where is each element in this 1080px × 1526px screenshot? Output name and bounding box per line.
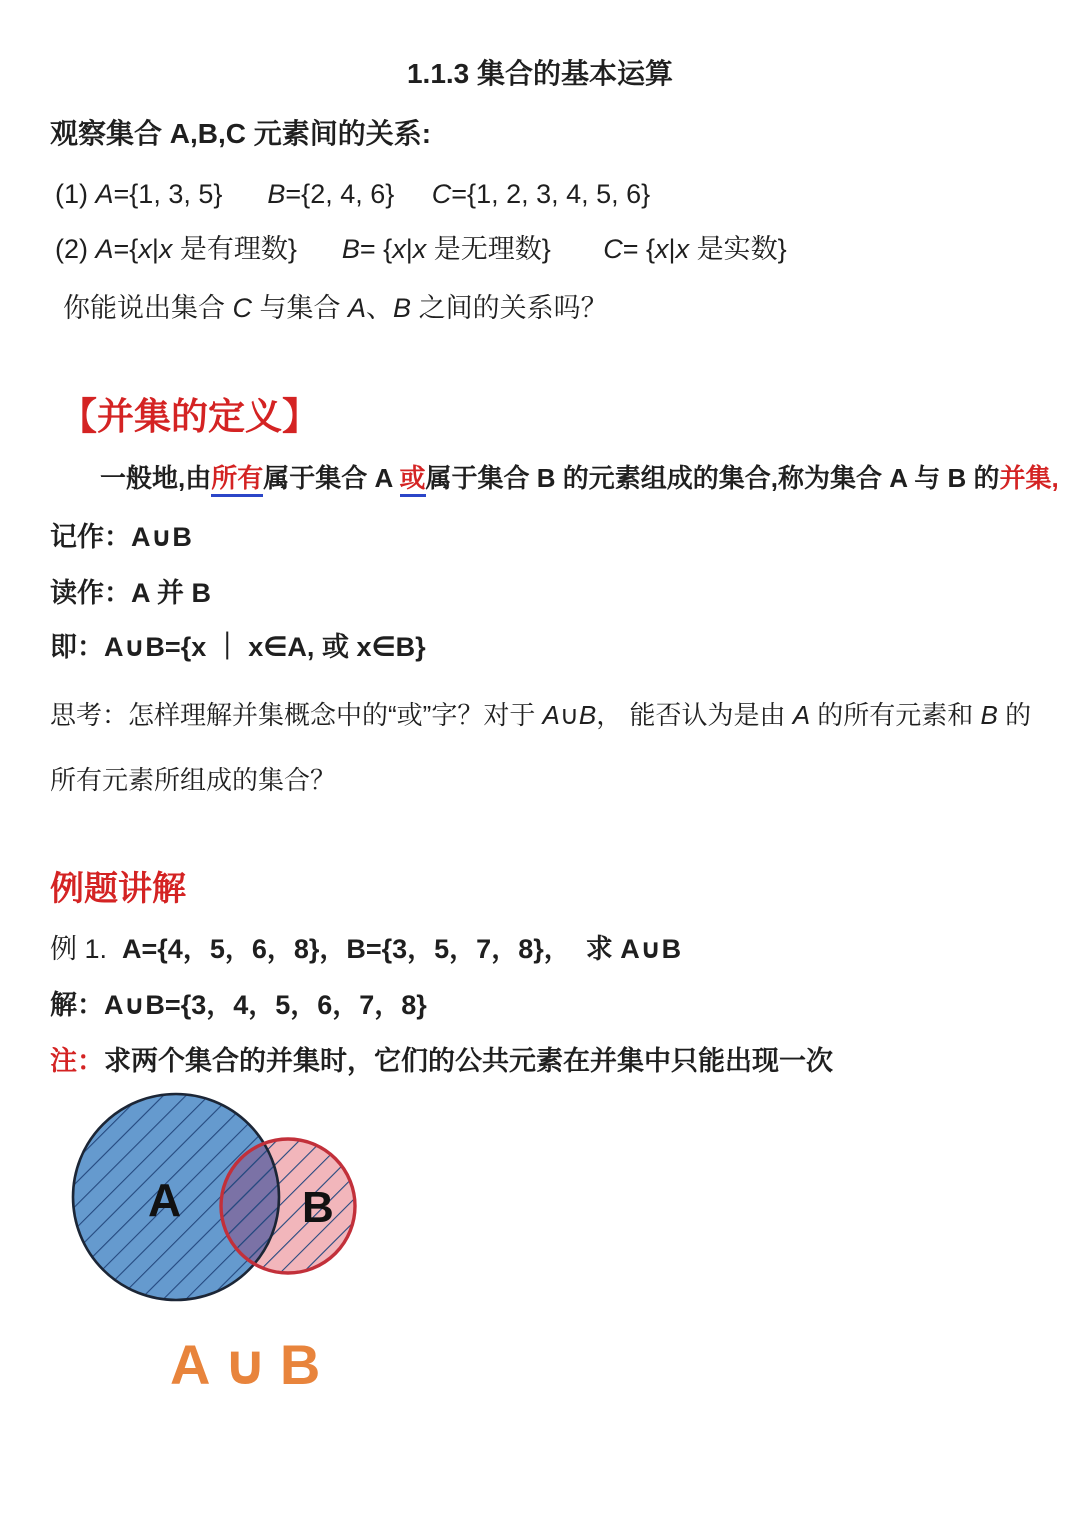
examples-heading: 例题讲解	[50, 868, 186, 911]
label-b: B	[302, 1183, 334, 1232]
sets-example-1: (1) A={1, 3, 5} B={2, 4, 6} C={1, 2, 3, …	[55, 178, 650, 212]
solution-line: 解：A∪B={3，4，5，6，7，8}	[50, 989, 427, 1023]
thinking-line-2: 所有元素所组成的集合？	[50, 764, 336, 797]
reading-line: 读作：A 并 B	[50, 577, 211, 611]
venn-caption: A∪B	[170, 1332, 332, 1398]
sets-example-2: (2) A={x|x 是有理数} B= {x|x 是无理数} C= {x|x 是…	[55, 233, 787, 267]
page-title: 1.1.3 集合的基本运算	[0, 56, 1080, 91]
example-1-line: 例 1. A={4，5，6，8}，B={3，5，7，8}， 求 A∪B	[50, 933, 681, 967]
note-line: 注：求两个集合的并集时，它们的公共元素在并集中只能出现一次	[50, 1045, 833, 1079]
venn-diagram: A B	[60, 1085, 380, 1320]
definition-heading: 【并集的定义】	[60, 394, 319, 440]
observe-line: 观察集合 A,B,C 元素间的关系:	[50, 116, 431, 151]
thinking-line-1: 思考：怎样理解并集概念中的“或”字？对于 A∪B， 能否认为是由 A 的所有元素…	[50, 699, 1031, 732]
worksheet-page: 1.1.3 集合的基本运算 观察集合 A,B,C 元素间的关系: (1) A={…	[0, 0, 1080, 1526]
label-a: A	[148, 1174, 181, 1226]
notation-line: 记作：A∪B	[50, 521, 192, 555]
formula-line: 即：A∪B={x ｜ x∈A, 或 x∈B}	[50, 631, 426, 665]
definition-body: 一般地,由所有属于集合 A 或属于集合 B 的元素组成的集合,称为集合 A 与 …	[100, 462, 1059, 495]
relation-question: 你能说出集合 C 与集合 A、B 之间的关系吗？	[63, 292, 608, 326]
